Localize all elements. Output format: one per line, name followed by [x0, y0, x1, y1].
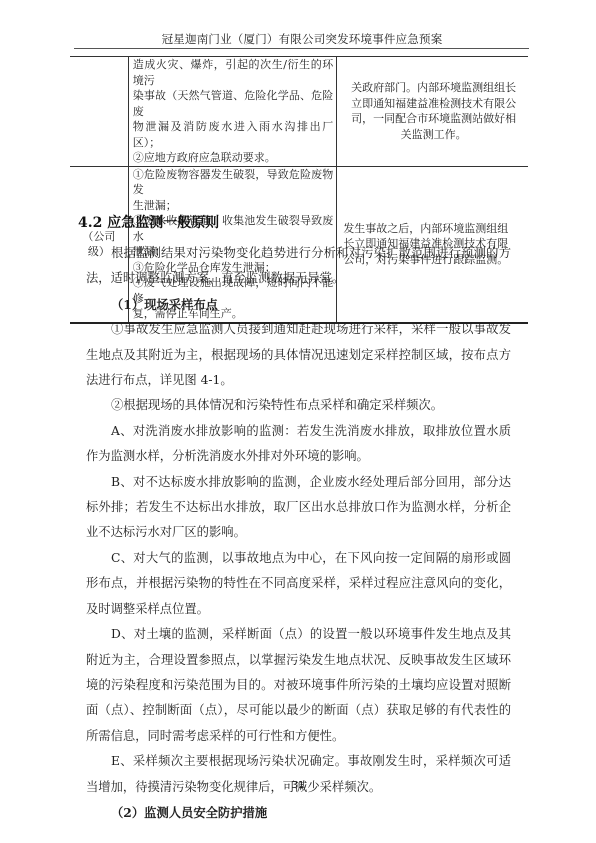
- paragraph-item-1: ①事故发生应急监测人员接到通知赶赴现场进行采样，采样一般以事故发生地点及其附近为…: [86, 317, 511, 393]
- paragraph-intro: 根据监测结果对污染物变化趋势进行分析和对污染扩散范围进行预测的方法，适时调整监测…: [86, 241, 511, 292]
- header-divider: [74, 48, 529, 49]
- paragraph-item-b: B、对不达标废水排放影响的监测，企业废水经处理后部分回用，部分达标外排；若发生不…: [86, 470, 511, 546]
- cell-text-line: 发生事故之后，内部环境监测组组: [343, 221, 524, 237]
- table-cell-action: 关政府部门。内部环境监测组组长 立即通知福建益准检测技术有限公 司，一同配合市环…: [337, 57, 528, 167]
- cell-text-line: 立即通知福建益准检测技术有限公: [343, 96, 524, 112]
- cell-text-line: 关政府部门。内部环境监测组组长: [343, 80, 524, 96]
- cell-text-line: 关监测工作。: [343, 127, 524, 143]
- cell-text-line: 生泄漏；: [133, 198, 334, 214]
- paragraph-item-2: ②根据现场的具体情况和污染特性布点采样和确定采样频次。: [86, 393, 511, 418]
- cell-text-line: ②应地方政府应急联动要求。: [133, 150, 334, 166]
- page-number: 31: [0, 780, 596, 791]
- subheading-sampling-layout: （1）现场采样布点: [86, 292, 511, 317]
- table-cell-level: [70, 57, 128, 167]
- cell-text-line: 物泄漏及消防废水进入雨水沟排出厂区）；: [133, 119, 334, 150]
- paragraph-item-a: A、对洗消废水排放影响的监测：若发生洗消废水排放，取排放位置水质作为监测水样，分…: [86, 419, 511, 470]
- document-header-title: 冠星迦南门业（厦门）有限公司突发环境事件应急预案: [76, 33, 528, 46]
- subheading-safety-protection: （2）监测人员安全防护措施: [86, 800, 511, 825]
- cell-text-line: 造成火灾、爆炸，引起的次生/衍生的环境污: [133, 57, 334, 88]
- cell-text-line: 染事故（天然气管道、危险化学品、危险废: [133, 88, 334, 119]
- paragraph-item-e: E、采样频次主要根据现场污染状况确定。事故刚发生时，采样频次可适当增加，待摸清污…: [86, 749, 511, 800]
- paragraph-item-c: C、对大气的监测，以事故地点为中心，在下风向按一定间隔的扇形或圆形布点，并根据污…: [86, 546, 511, 622]
- table-row: 造成火灾、爆炸，引起的次生/衍生的环境污 染事故（天然气管道、危险化学品、危险废…: [70, 57, 528, 167]
- cell-text-line: 司，一同配合市环境监测站做好相: [343, 111, 524, 127]
- table-cell-trigger: 造成火灾、爆炸，引起的次生/衍生的环境污 染事故（天然气管道、危险化学品、危险废…: [128, 57, 337, 167]
- section-body: 根据监测结果对污染物变化趋势进行分析和对污染扩散范围进行预测的方法，适时调整监测…: [86, 241, 511, 825]
- paragraph-item-d: D、对土壤的监测，采样断面（点）的设置一般以环境事件发生地点及其附近为主，合理设…: [86, 622, 511, 749]
- section-heading: 4.2 应急监测一般原则: [78, 214, 219, 232]
- cell-text-line: ①危险废物容器发生破裂，导致危险废物发: [133, 167, 334, 198]
